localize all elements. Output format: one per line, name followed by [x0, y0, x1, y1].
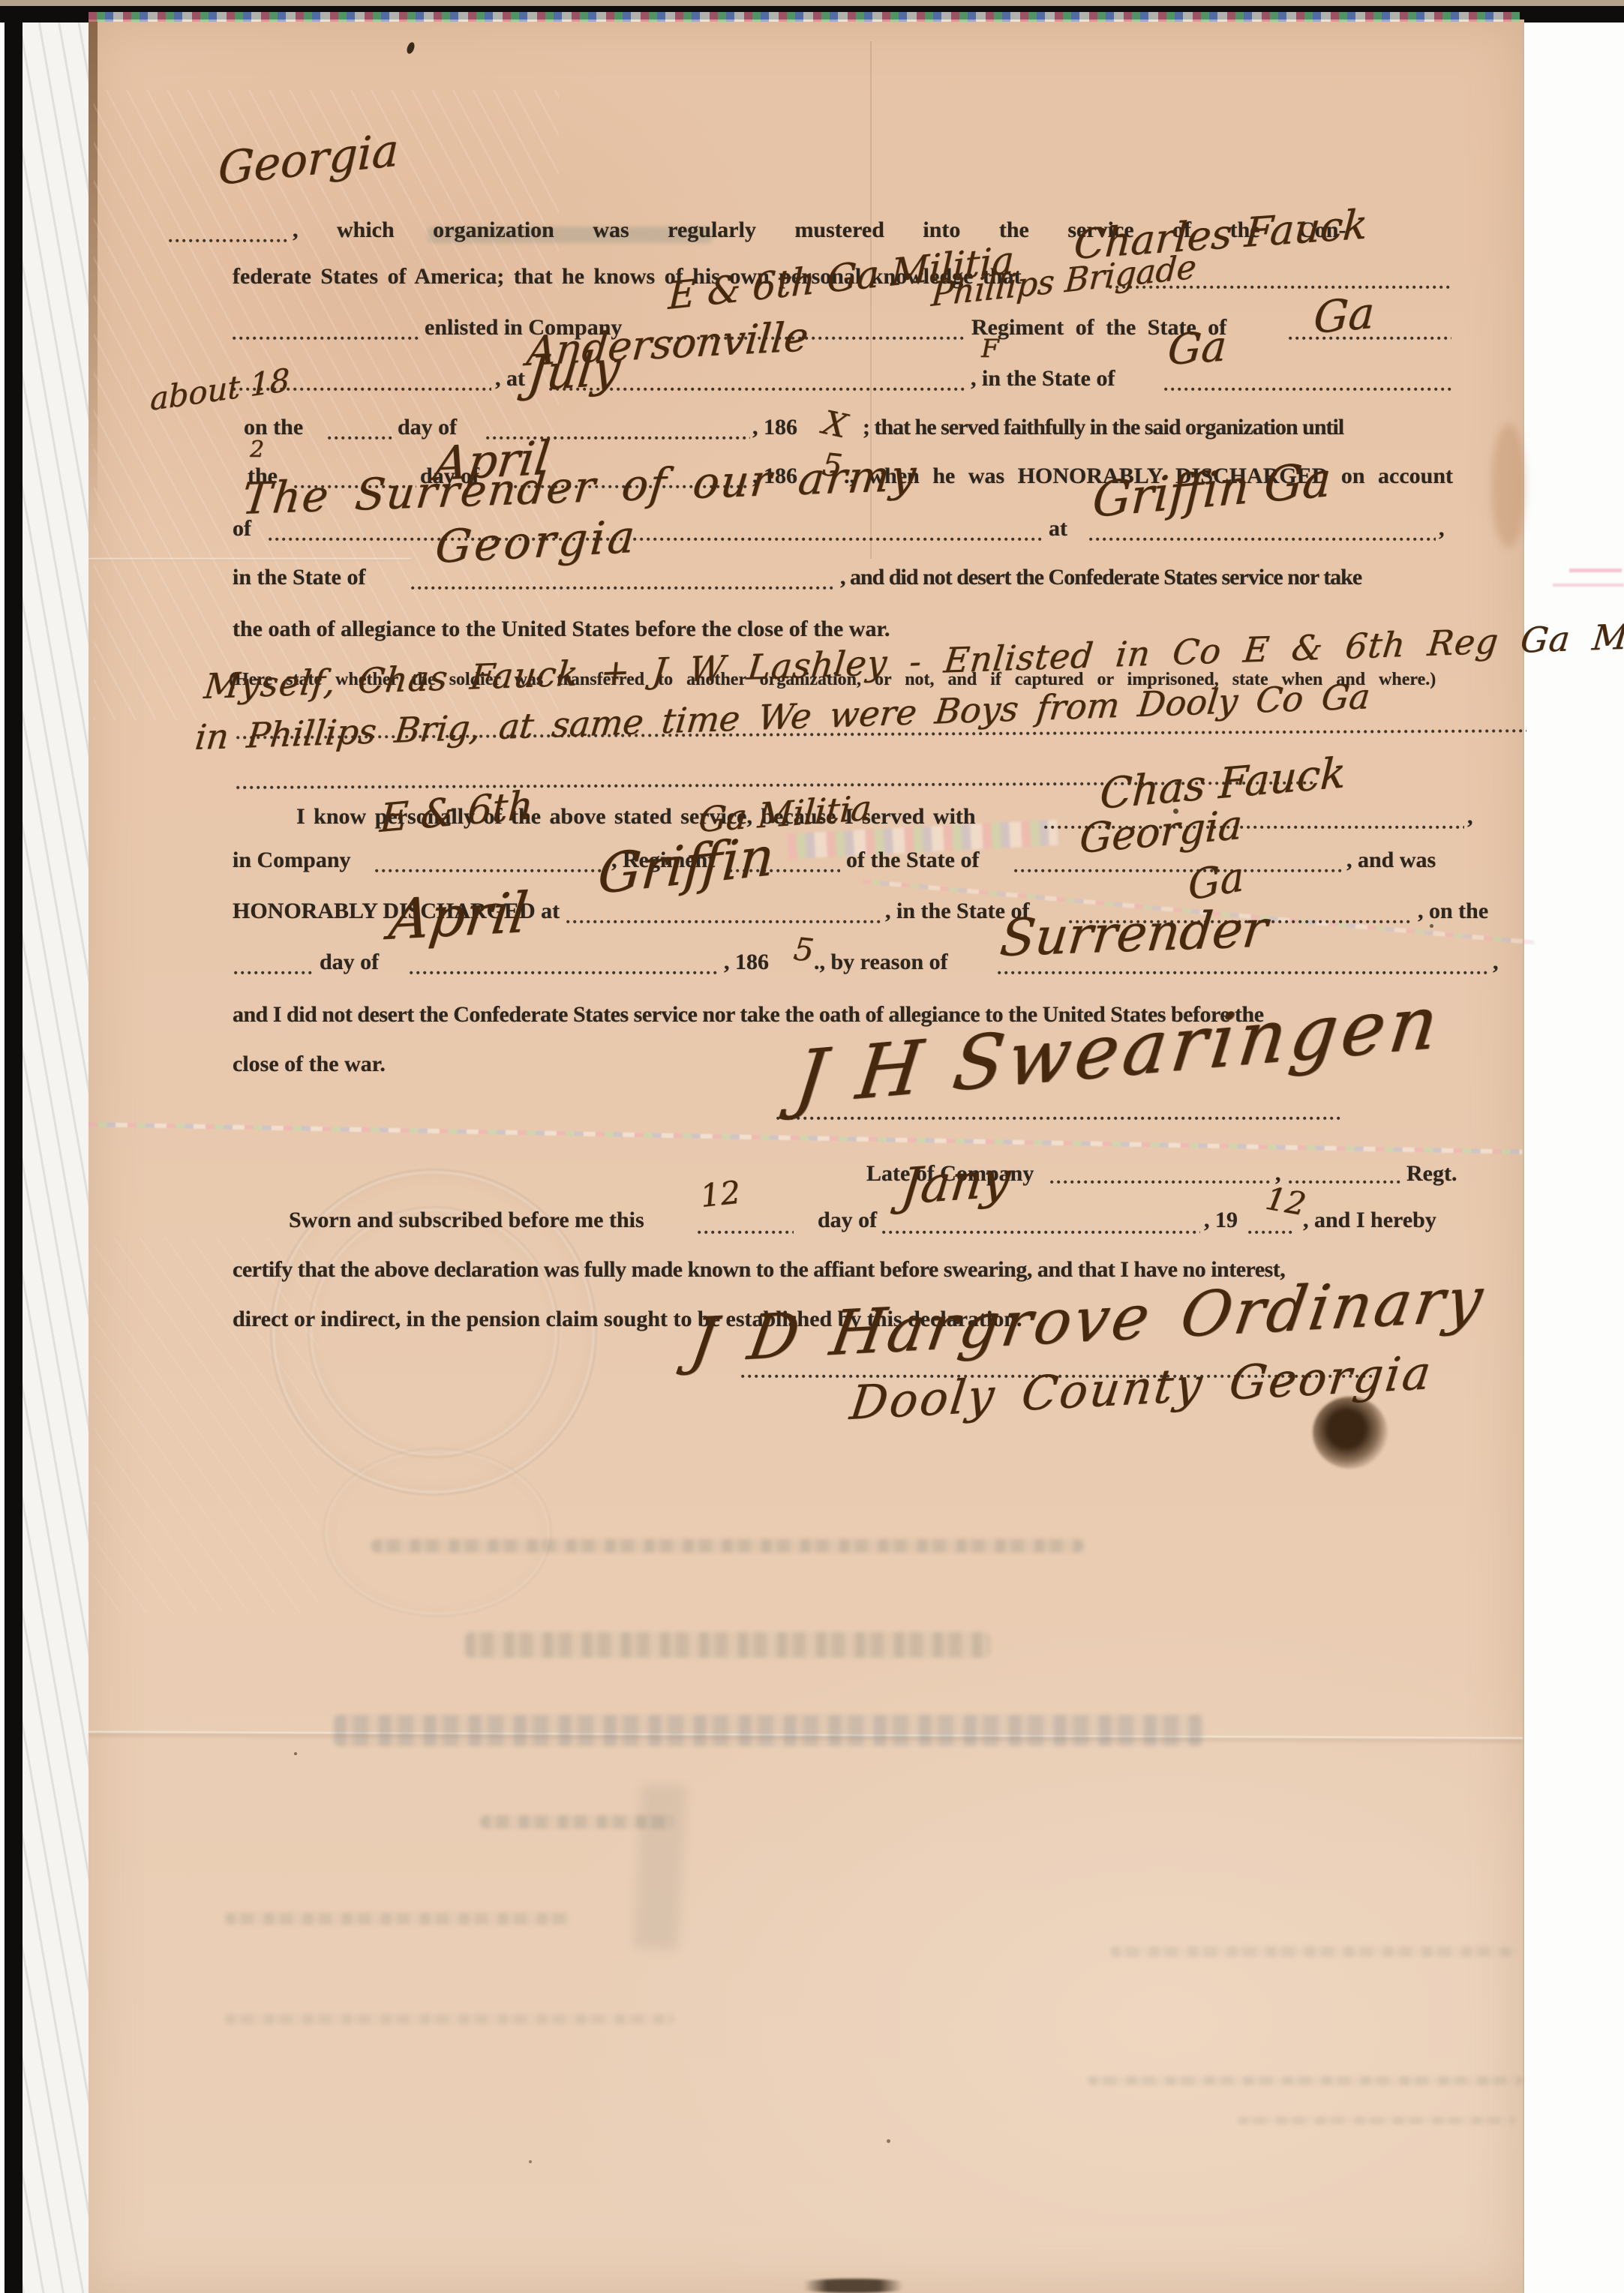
- dotted-leader: [233, 336, 420, 341]
- bleed-smudge: [225, 1913, 570, 1925]
- plastic-sleeve-strip: [23, 23, 89, 2293]
- form-line: certify that the above declaration was f…: [233, 1257, 1285, 1282]
- form-line: ., by reason of: [814, 950, 948, 974]
- hw-discharge-state: Georgia: [434, 515, 640, 570]
- bleed-smudge: [1110, 1946, 1515, 1957]
- form-line: close of the war.: [233, 1052, 386, 1076]
- hw-regiment-state: Ga: [1313, 290, 1376, 340]
- dotted-leader: [328, 436, 394, 440]
- hw-witness-year-digit: 5: [792, 933, 815, 967]
- form-line: in Company: [233, 848, 351, 872]
- bottom-smudge: [788, 2279, 919, 2293]
- bleed-smudge: [1088, 2076, 1523, 2085]
- form-line: at: [1049, 516, 1067, 541]
- sleeve-left-bar: [5, 6, 23, 2293]
- bleed-smudge: [465, 1632, 990, 1658]
- ink-blot: [1313, 1397, 1388, 1469]
- dotted-leader: [410, 971, 719, 975]
- paper-speck: [1173, 809, 1178, 814]
- dotted-leader: [169, 239, 289, 243]
- dotted-leader: [269, 537, 1041, 542]
- pink-mark: [1569, 569, 1622, 572]
- dotted-leader: [1050, 1180, 1271, 1184]
- form-line: , and was: [1346, 848, 1436, 872]
- form-line: ,: [1493, 950, 1499, 974]
- embossed-seal: [308, 1206, 560, 1458]
- paper-speck: [529, 2160, 532, 2163]
- dotted-leader: [1014, 869, 1343, 873]
- form-line: ,: [1467, 804, 1473, 829]
- form-line: , and did not desert the Confederate Sta…: [840, 565, 1361, 590]
- hw-f-mark: F: [981, 336, 999, 362]
- hw-witness-reason: Surrender: [998, 904, 1270, 965]
- form-line: , at: [495, 366, 525, 391]
- hw-sworn-day: 12: [699, 1177, 743, 1212]
- hw-small-mark: 2: [250, 439, 264, 461]
- form-line: in the State of: [233, 565, 365, 590]
- bleed-smudge: [1238, 2117, 1515, 2124]
- dotted-leader: [998, 971, 1489, 975]
- form-line: the oath of allegiance to the United Sta…: [233, 617, 890, 641]
- scanned-document-page: , which organization was regularly muste…: [0, 0, 1624, 2293]
- form-line: , in the State of: [971, 366, 1115, 391]
- form-line: Sworn and subscribed before me this: [289, 1208, 644, 1232]
- form-line: ,: [1439, 516, 1445, 541]
- paper-speck: [294, 1752, 297, 1755]
- edge-stain: [1491, 424, 1526, 548]
- bleed-smudge: [371, 1539, 1084, 1553]
- paper-top-iridescent-edge: [89, 12, 1520, 22]
- hw-enlist-state: Ga: [1166, 326, 1228, 372]
- dotted-leader: [698, 1230, 794, 1235]
- form-line: ; that he served faithfully in the said …: [863, 415, 1343, 440]
- form-line: , and I hereby: [1303, 1208, 1436, 1232]
- dotted-leader: [411, 586, 833, 590]
- pink-mark: [1553, 584, 1624, 587]
- hw-witness-discharge-state: Ga: [1187, 856, 1244, 907]
- bleed-smudge: [225, 2014, 675, 2024]
- form-line: , 186: [724, 950, 769, 974]
- form-line: , 186: [752, 415, 797, 440]
- hw-witness-month: April: [386, 885, 530, 948]
- hw-sworn-month: Jany: [899, 1154, 1013, 1212]
- fold-crease: [89, 558, 411, 560]
- dotted-leader: [776, 1116, 1343, 1121]
- dotted-leader: [234, 971, 315, 975]
- embossed-seal-arc: [323, 1448, 552, 1617]
- bleed-smudge: [633, 1784, 686, 1952]
- dotted-leader: [375, 869, 606, 873]
- form-line: , 19: [1204, 1208, 1238, 1232]
- dotted-leader: [1164, 387, 1451, 392]
- dotted-leader: [1289, 1180, 1401, 1184]
- paper-speck: [887, 2139, 890, 2143]
- dotted-leader: [882, 1230, 1200, 1235]
- form-line: of the State of: [846, 848, 979, 872]
- form-line: , on the: [1418, 899, 1488, 923]
- hw-sworn-year: 12: [1263, 1183, 1308, 1221]
- paper-speck: [1430, 924, 1433, 928]
- hw-enlist-month: July: [525, 344, 623, 399]
- form-line: day of: [818, 1208, 877, 1232]
- form-line: Regt.: [1406, 1161, 1457, 1186]
- dotted-leader: [566, 920, 881, 924]
- dotted-leader: [1248, 1230, 1295, 1235]
- dotted-leader: [1089, 537, 1436, 542]
- form-line: day of: [320, 950, 379, 974]
- bleed-smudge: [334, 1715, 1204, 1746]
